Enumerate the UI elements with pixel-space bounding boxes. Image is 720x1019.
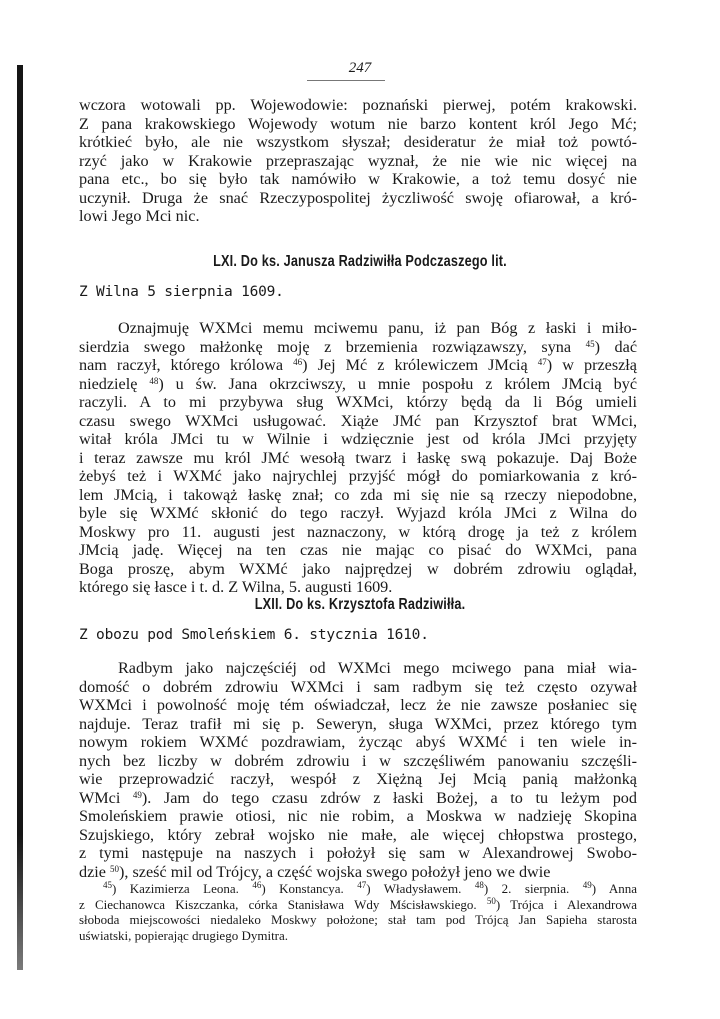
footnote-ref: 48	[475, 880, 484, 890]
letter-body-lxii: Radbym jako najczęściéj od WXMci mego mc…	[79, 659, 637, 881]
letter-heading-lxii: LXII. Do ks. Krzysztofa Radziwiłła.	[65, 596, 655, 614]
text-line: uczynił. Druga że snać Rzeczypospolitej …	[79, 189, 637, 208]
letter-heading-lxi: LXI. Do ks. Janusza Radziwiłła Podczasze…	[65, 253, 655, 271]
footnote-ref: 46	[252, 880, 261, 890]
intro-paragraph: wczora wotowali pp. Wojewodowie: poznańs…	[79, 96, 637, 226]
text-line: raczyli. A to mi przybywa sług WXMci, kt…	[79, 393, 637, 412]
text-line: czasu swego WXMci usługować. Xiąże JMć p…	[79, 412, 637, 431]
letter-dateline-lxi: Z Wilna 5 sierpnia 1609.	[79, 284, 284, 300]
letter-body-lxi: Oznajmuję WXMci memu mciwemu panu, iż pa…	[79, 319, 637, 597]
footnotes: 45) Kazimierza Leona. 46) Konstancya. 47…	[79, 881, 637, 943]
footnote-ref: 50	[110, 864, 119, 874]
text-line: 45) Kazimierza Leona. 46) Konstancya. 47…	[79, 881, 637, 897]
text-line: rzyć jako w Krakowie przepraszając wyzna…	[79, 152, 637, 171]
text-line: wczora wotowali pp. Wojewodowie: poznańs…	[79, 96, 637, 115]
text-line: uświatski, popierając drugiego Dymitra.	[79, 928, 637, 944]
text-line: pana etc., bo się było tak namówiło w Kr…	[79, 170, 637, 189]
footnote-ref: 46	[293, 357, 302, 367]
footnote-ref: 48	[149, 376, 158, 386]
text-line: lowi Jego Mci nic.	[79, 207, 637, 226]
text-line: i teraz zawsze mu król JMć wesołą twarz …	[79, 449, 637, 468]
text-line: Szujskiego, który zebrał wojsko nie małe…	[79, 826, 637, 845]
page-edge-shadow	[17, 65, 23, 970]
text-line: krótkieć było, ale nie wszystkom słyszał…	[79, 133, 637, 152]
footnote-ref: 49	[583, 880, 592, 890]
text-line: wie przeprowadzić raczył, wespół z Xiężn…	[79, 770, 637, 789]
footnote-ref: 49	[133, 790, 142, 800]
text-line: WMci 49). Jam do tego czasu zdrów z łask…	[79, 789, 637, 808]
text-line: z tymi następuje na naszych i położył si…	[79, 844, 637, 863]
text-line: niedzielę 48) u św. Jana okrzciwszy, u m…	[79, 375, 637, 394]
text-line: z Ciechanowca Kiszczanka, córka Stanisła…	[79, 897, 637, 913]
text-line: którego się łasce i t. d. Z Wilna, 5. au…	[79, 578, 637, 597]
footnote-ref: 45	[103, 880, 112, 890]
text-line: żebyś też i WXMć jako najrychlej przyjść…	[79, 467, 637, 486]
text-line: sierdzia swego małżonkę moję z brzemieni…	[79, 338, 637, 357]
text-line: nowym rokiem WXMć pozdrawiam, życząc aby…	[79, 733, 637, 752]
text-line: Oznajmuję WXMci memu mciwemu panu, iż pa…	[79, 319, 637, 338]
text-line: Moskwy pro 11. augusti jest naznaczony, …	[79, 523, 637, 542]
letter-dateline-lxii: Z obozu pod Smoleńskiem 6. stycznia 1610…	[79, 627, 429, 643]
text-line: słoboda miejscowości niedaleko Moskwy po…	[79, 912, 637, 928]
footnote-ref: 45	[586, 339, 595, 349]
text-line: dzie 50), sześć mil od Trójcy, a część w…	[79, 863, 637, 882]
text-line: WXMci i powolność moję tém oświadczał, l…	[79, 696, 637, 715]
text-line: lem JMcią, i takowąż łaskę znał; co zda …	[79, 486, 637, 505]
text-line: Boga proszę, abym WXMć jako najprędzej w…	[79, 560, 637, 579]
text-line: najduje. Teraz trafił mi się p. Seweryn,…	[79, 715, 637, 734]
text-line: Z pana krakowskiego Wojewody wotum nie b…	[79, 115, 637, 134]
text-line: byle się WXMć skłonić do tego raczył. Wy…	[79, 504, 637, 523]
text-line: witał króla JMci tu w Wilnie i wdzięczni…	[79, 430, 637, 449]
text-line: Smoleńskiem prawie otiosi, nic nie robim…	[79, 807, 637, 826]
footnote-ref: 47	[538, 357, 547, 367]
text-line: nych bez liczby w dobrém zdrowiu i w szc…	[79, 752, 637, 771]
page-number-rule	[307, 80, 385, 81]
page-number: 247	[0, 60, 720, 77]
footnote-ref: 47	[357, 880, 366, 890]
text-line: domość o dobrém zdrowiu WXMci i sam radb…	[79, 678, 637, 697]
text-line: Radbym jako najczęściéj od WXMci mego mc…	[79, 659, 637, 678]
footnote-ref: 50	[487, 896, 496, 906]
text-line: nam raczył, którego królowa 46) Jej Mć z…	[79, 356, 637, 375]
text-line: JMcią jadę. Więcej na ten czas nie mając…	[79, 541, 637, 560]
